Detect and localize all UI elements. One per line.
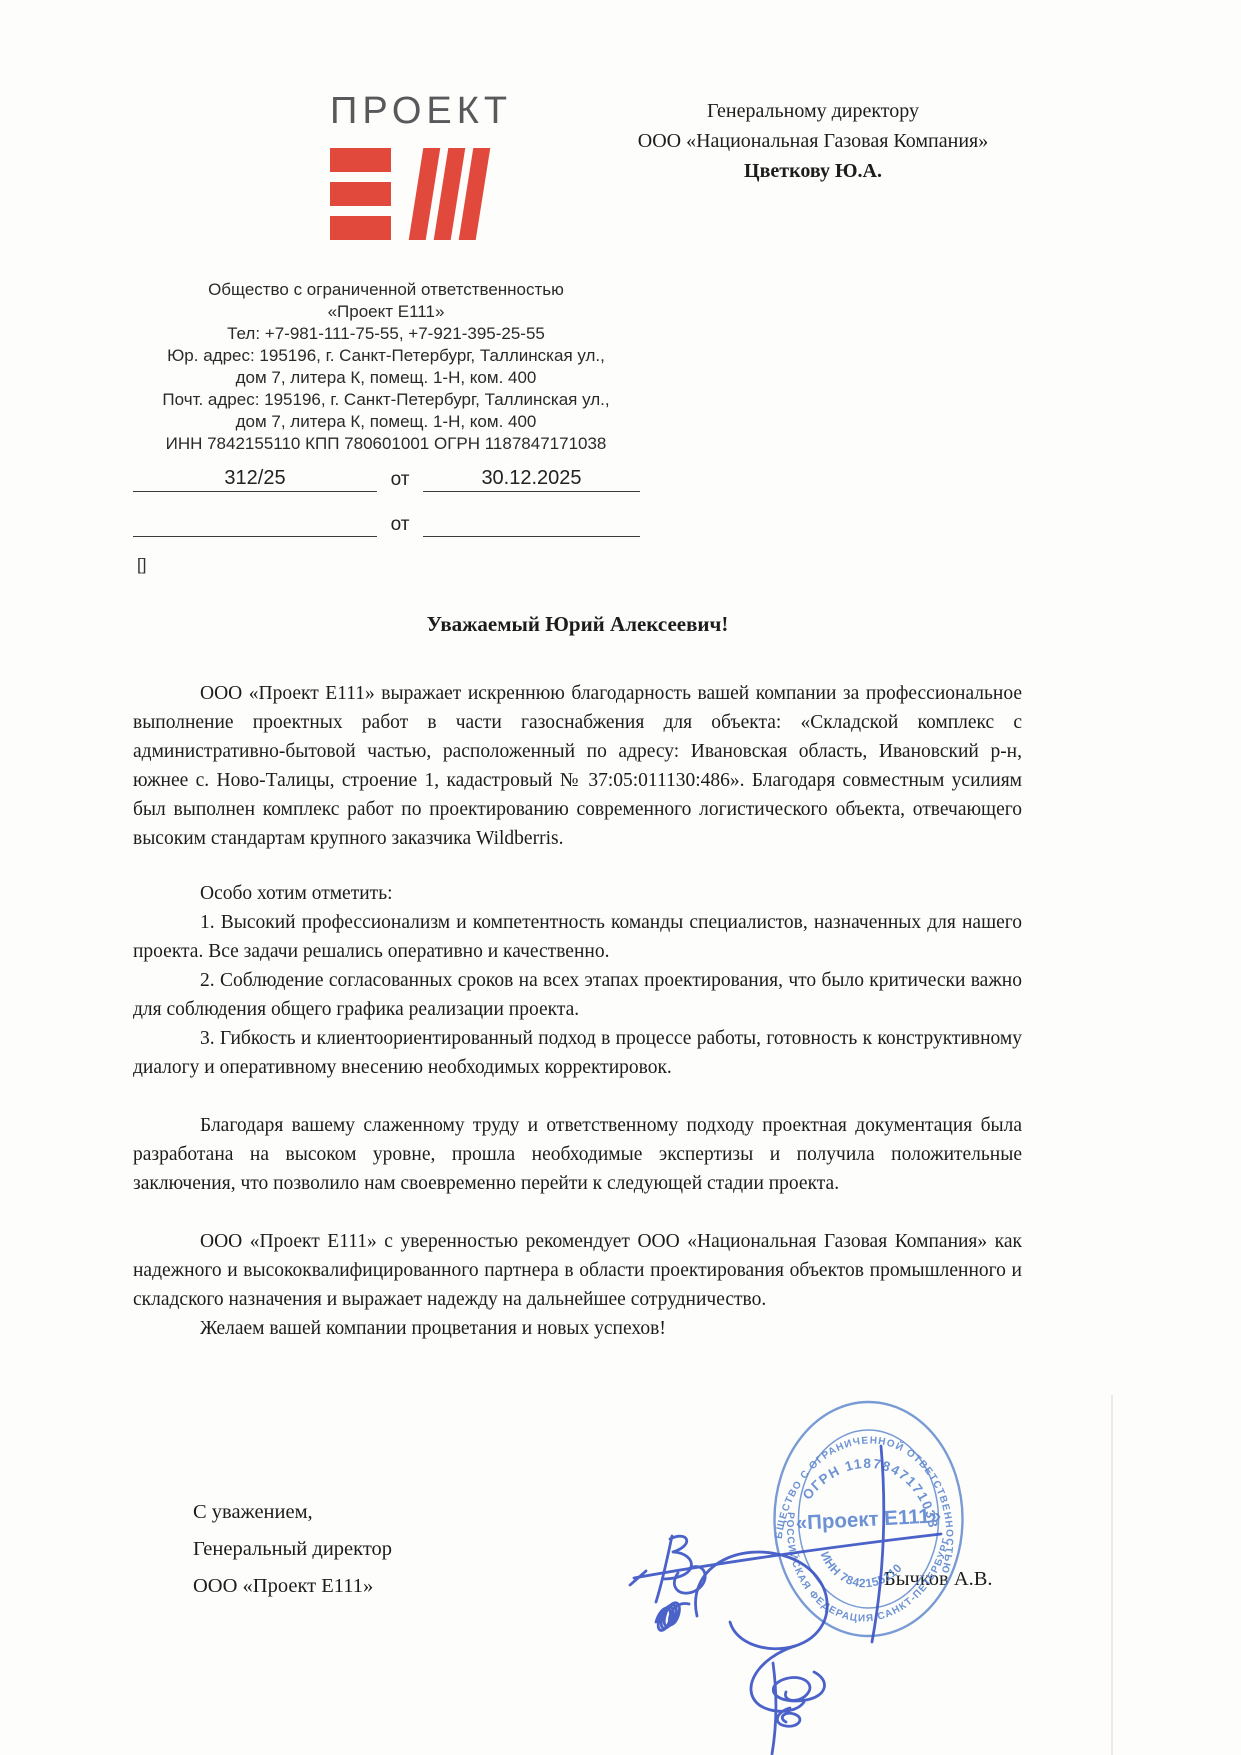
closing-title: Генеральный директор bbox=[193, 1531, 392, 1568]
company-line: дом 7, литера К, помещ. 1-Н, ком. 400 bbox=[130, 367, 642, 389]
paragraph: Благодаря вашему слаженному труду и отве… bbox=[133, 1111, 1022, 1198]
closing-regards: С уважением, bbox=[193, 1494, 392, 1531]
company-requisites: Общество с ограниченной ответственностью… bbox=[130, 279, 642, 455]
signature-stroke bbox=[696, 1552, 828, 1649]
company-line: Общество с ограниченной ответственностью bbox=[130, 279, 642, 301]
signature-stroke bbox=[656, 1536, 672, 1602]
logo-e-bar bbox=[330, 182, 391, 206]
logo-one-bar bbox=[459, 148, 491, 240]
incoming-date-field bbox=[423, 535, 640, 537]
letter-body: ООО «Проект Е111» выражает искреннюю бла… bbox=[133, 679, 1022, 1343]
handwritten-signature bbox=[600, 1420, 1020, 1755]
scan-artifact-line bbox=[1111, 1395, 1113, 1755]
company-line: «Проект Е111» bbox=[130, 301, 642, 323]
recipient-position: Генеральному директору bbox=[617, 96, 1009, 126]
company-line: Юр. адрес: 195196, г. Санкт-Петербург, Т… bbox=[130, 345, 642, 367]
outgoing-number-field: 312/25 bbox=[133, 467, 377, 492]
letter-page: ПРОЕКТ Генеральному директору ООО «Нацио… bbox=[0, 0, 1241, 1755]
logo-e111-icon bbox=[330, 148, 500, 240]
paragraph: Желаем вашей компании процветания и новы… bbox=[133, 1314, 1022, 1343]
paragraph: ООО «Проект Е111» выражает искреннюю бла… bbox=[133, 679, 1022, 853]
ot-label: от bbox=[377, 469, 423, 492]
margin-brackets: [] bbox=[137, 555, 146, 575]
signature-stroke bbox=[773, 1672, 824, 1701]
recipient-block: Генеральному директору ООО «Национальная… bbox=[617, 96, 1009, 186]
closing-company: ООО «Проект Е111» bbox=[193, 1568, 392, 1605]
closing-block: С уважением, Генеральный директор ООО «П… bbox=[193, 1494, 392, 1605]
signature-stroke bbox=[656, 1603, 689, 1631]
reference-row-2: от bbox=[133, 505, 640, 537]
signature-stroke bbox=[772, 1663, 776, 1754]
list-item: 1. Высокий профессионализм и компетентно… bbox=[133, 908, 1022, 966]
company-line: Тел: +7-981-111-75-55, +7-921-395-25-55 bbox=[130, 323, 642, 345]
paragraph: Особо хотим отметить: bbox=[133, 879, 1022, 908]
recipient-name: Цветкову Ю.А. bbox=[617, 156, 1009, 186]
signature-stroke bbox=[872, 1446, 884, 1642]
logo-e-bar bbox=[330, 216, 391, 240]
incoming-number-field bbox=[133, 535, 377, 537]
recipient-company: ООО «Национальная Газовая Компания» bbox=[617, 126, 1009, 156]
ot-label: от bbox=[377, 514, 423, 537]
list-item: 2. Соблюдение согласованных сроков на вс… bbox=[133, 966, 1022, 1024]
logo-wordmark: ПРОЕКТ bbox=[330, 92, 512, 130]
list-item: 3. Гибкость и клиентоориентированный под… bbox=[133, 1024, 1022, 1082]
reference-row-1: 312/25 от 30.12.2025 bbox=[133, 460, 640, 492]
outgoing-date-field: 30.12.2025 bbox=[423, 467, 640, 492]
logo-e-bar bbox=[330, 148, 391, 172]
paragraph: ООО «Проект Е111» с уверенностью рекомен… bbox=[133, 1227, 1022, 1314]
company-line: дом 7, литера К, помещ. 1-Н, ком. 400 bbox=[130, 411, 642, 433]
salutation: Уважаемый Юрий Алексеевич! bbox=[133, 610, 1022, 639]
company-line: ИНН 7842155110 КПП 780601001 ОГРН 118784… bbox=[130, 433, 642, 455]
company-line: Почт. адрес: 195196, г. Санкт-Петербург,… bbox=[130, 389, 642, 411]
